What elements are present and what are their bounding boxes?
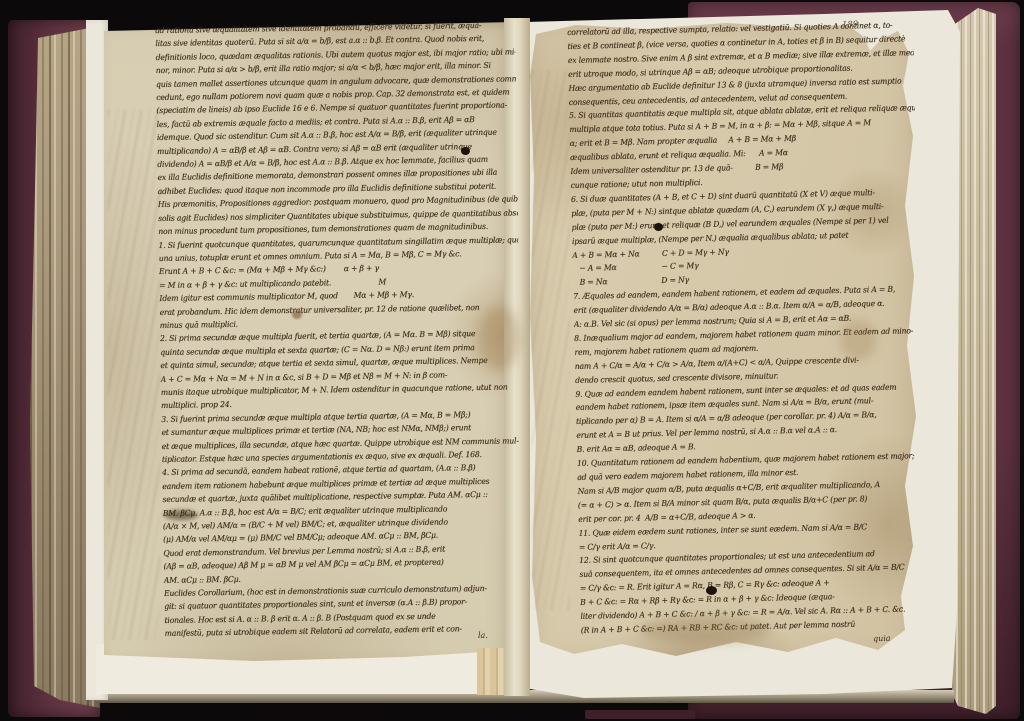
ink-blot — [461, 147, 470, 155]
show-through-right-margin — [532, 70, 570, 610]
left-page-text: ad rationū sive æqualitatem sive identit… — [155, 18, 525, 646]
show-through-left-margin — [108, 110, 160, 640]
paper-stain — [840, 320, 876, 360]
ink-blot — [706, 586, 717, 595]
book-cover-bottom-edge — [585, 710, 695, 719]
ink-blot — [654, 223, 663, 231]
paper-stain — [478, 306, 520, 370]
foxing-spot — [292, 310, 302, 319]
catchword-left: la. — [478, 631, 488, 640]
manuscript-photo: ad rationū sive æqualitatem sive identit… — [0, 0, 1024, 721]
ink-smudge — [164, 510, 198, 520]
leaf-guard-tab — [477, 648, 504, 695]
catchword-right: quia — [873, 634, 891, 644]
paper-stain — [640, 616, 770, 644]
page-number: 189 — [842, 20, 859, 31]
